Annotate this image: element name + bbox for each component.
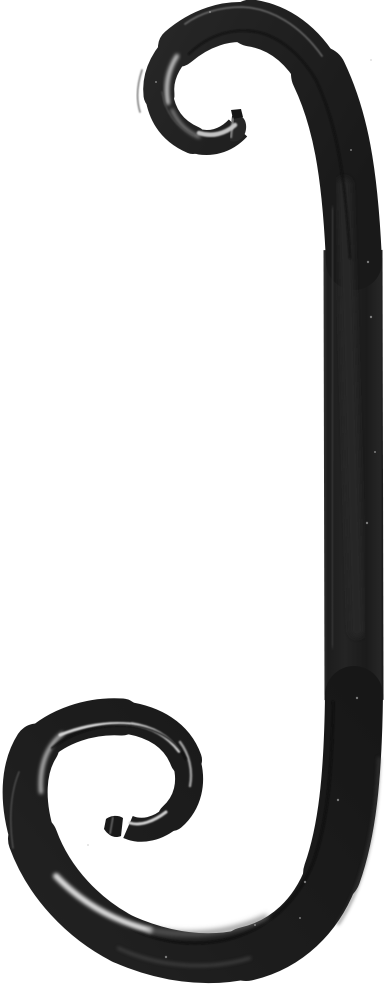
c-scroll-image: Wrought iron C-scroll <box>0 0 389 984</box>
product-photo: Wrought iron C-scroll <box>0 0 389 984</box>
